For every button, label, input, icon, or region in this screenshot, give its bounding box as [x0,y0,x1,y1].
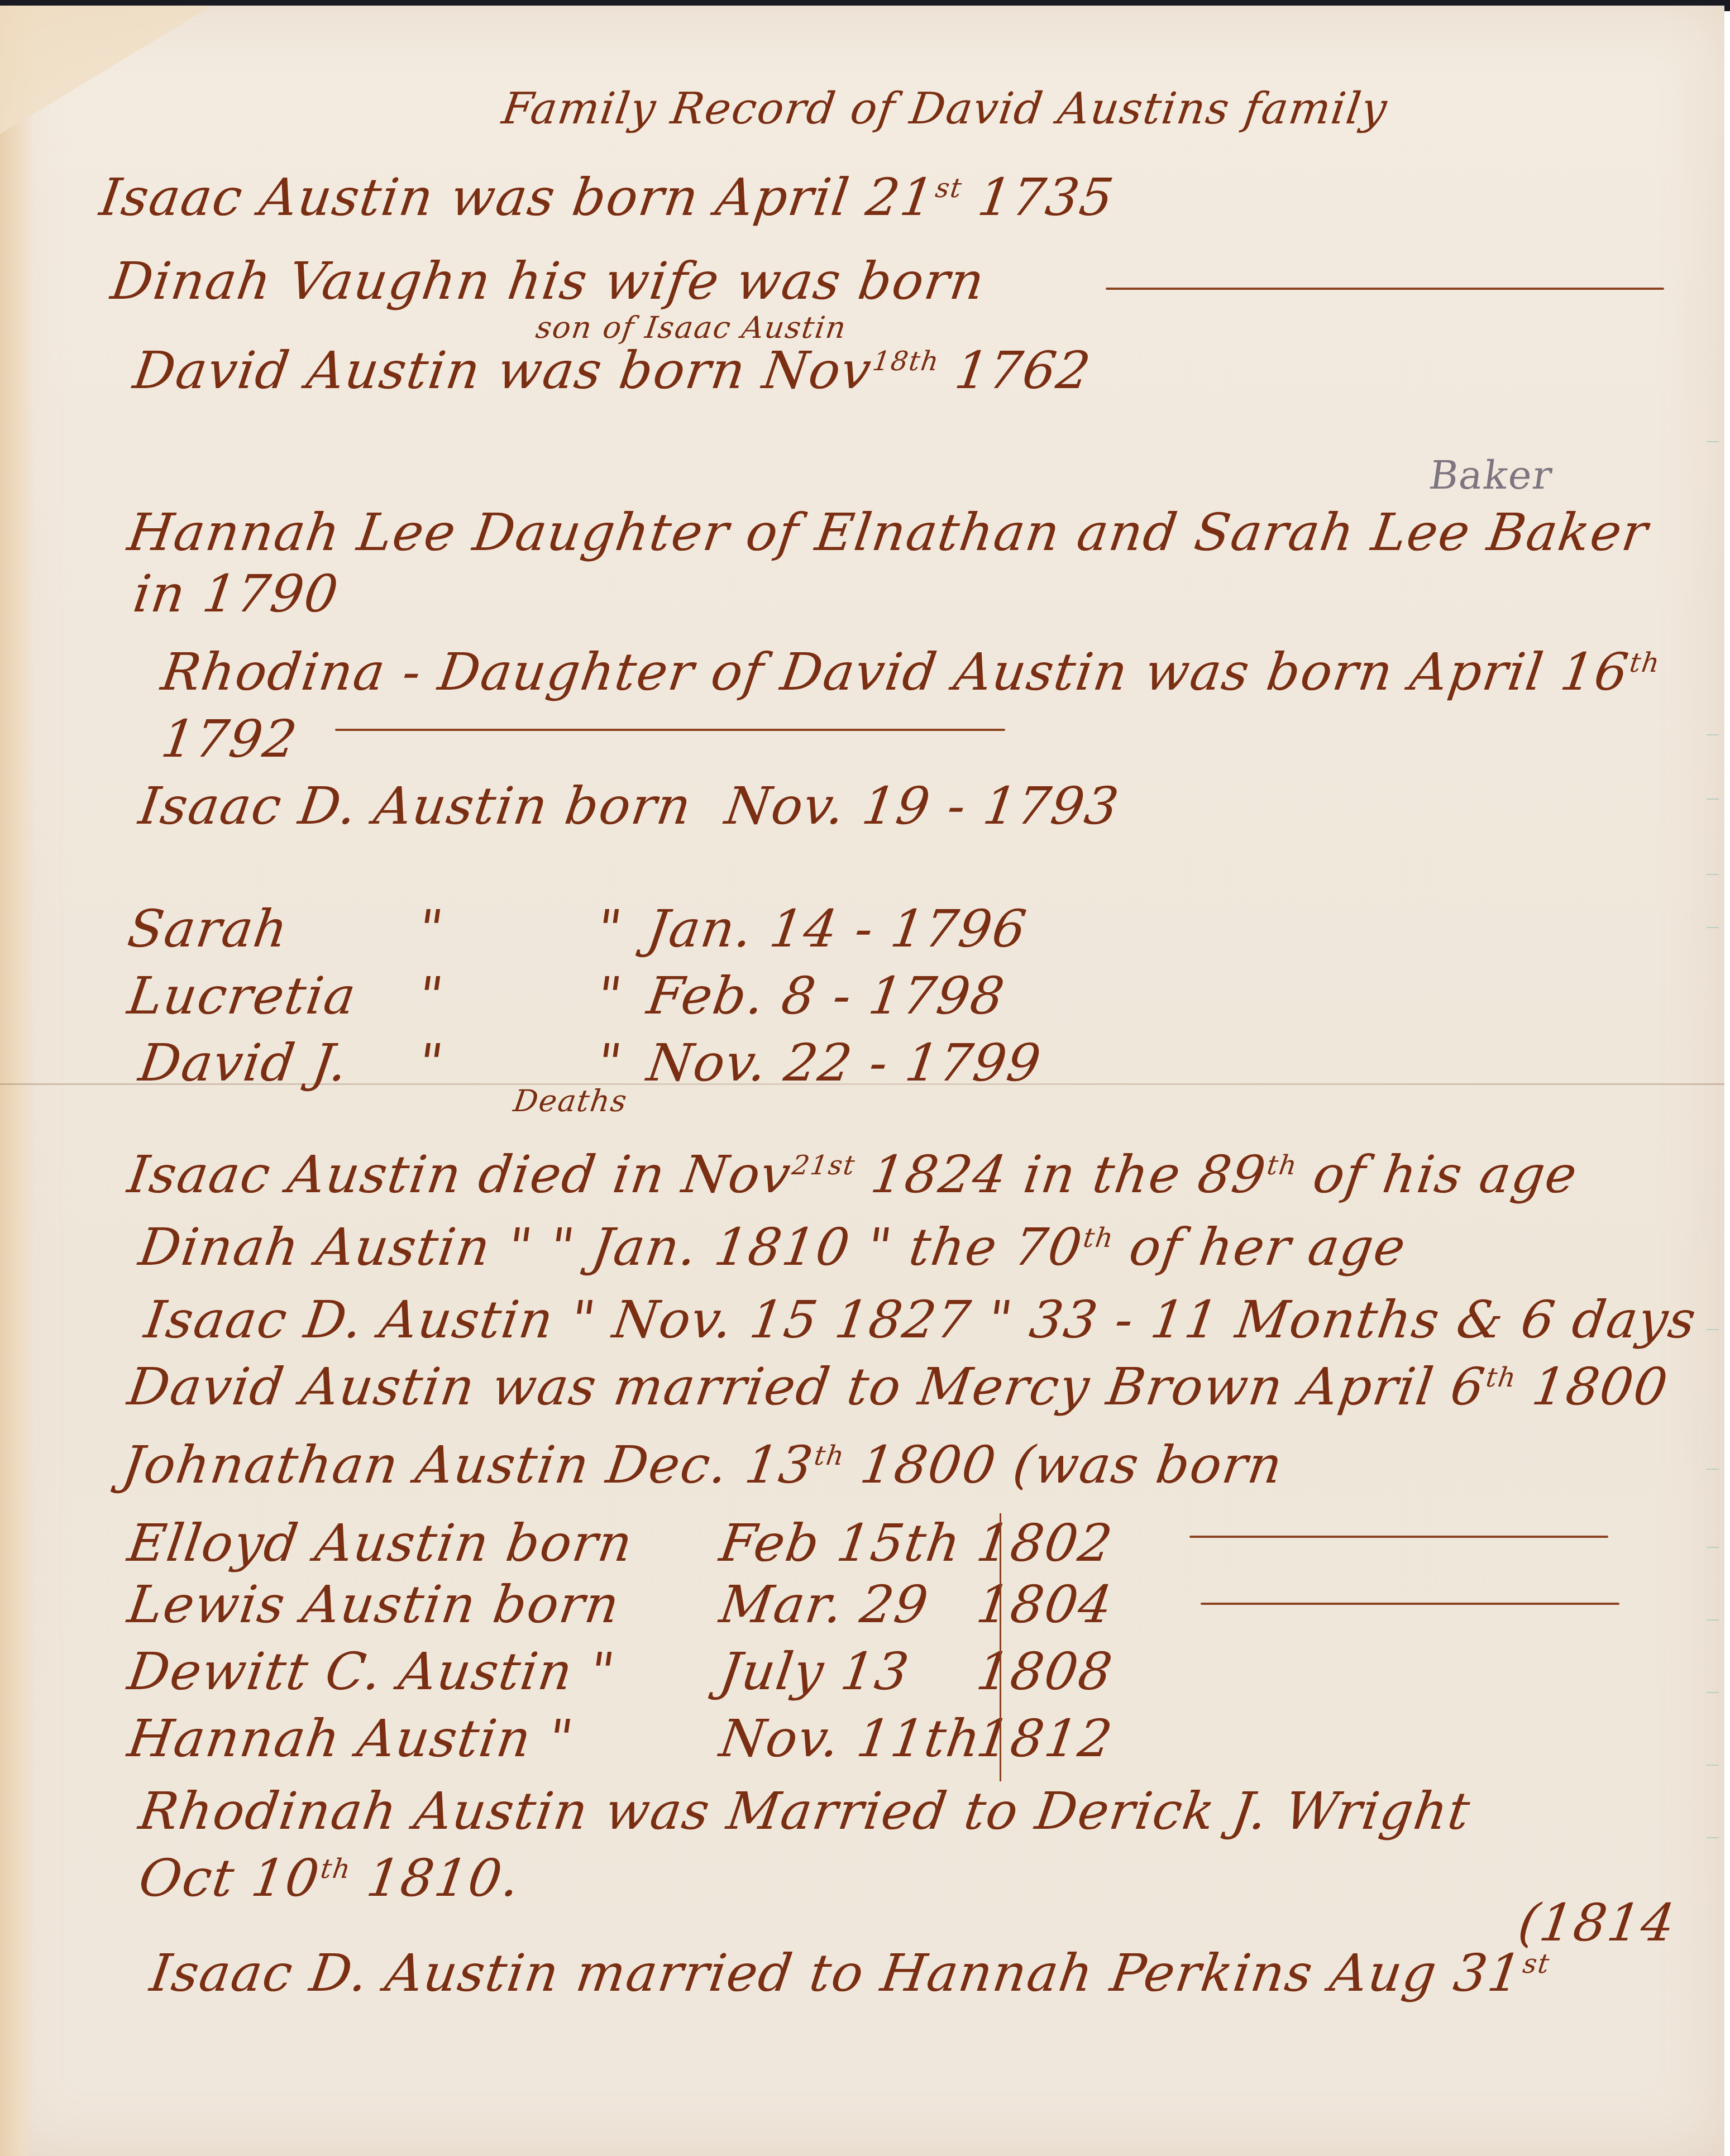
document-title: Family Record of David Austins family [499,84,1391,134]
ordinal-suffix: th [1484,1362,1519,1393]
record-text: of her age [1108,1217,1410,1277]
folded-corner [0,6,212,134]
child-birth-entry: Hannah Austin "Nov. 11th1812 [124,1709,1116,1768]
ordinal-suffix: th [1081,1222,1116,1254]
ruled-line-mark [1707,1837,1719,1838]
marriage-entry: David Austin was married to Mercy Brown … [124,1357,1672,1417]
grouping-brace [1000,1513,1001,1781]
ruled-line-mark [1707,1547,1719,1548]
child-birth-entry: Lucretia""Feb. 8 - 1798 [124,966,1009,1026]
birth-entry: Johnathan Austin Dec. 13th 1800 (was bor… [118,1435,1287,1495]
ditto-mark: " [593,966,652,1026]
blank-date-line [1106,288,1664,290]
record-text: Oct 10 [135,1848,323,1908]
ruled-line-mark [1707,874,1719,875]
child-birth-date: July 13 [716,1642,981,1701]
record-year: 1810. [346,1848,524,1908]
child-name: Lucretia [124,966,423,1026]
record-year: 1762 [934,341,1095,400]
ordinal-suffix: 18th [871,346,942,377]
marriage-entry: Rhodinah Austin was Married to Derick J.… [135,1781,1474,1841]
interlinear-annotation: son of Isaac Austin [534,310,849,345]
ordinal-suffix: 21st [790,1150,858,1181]
child-birth-year: 1812 [973,1709,1116,1768]
ordinal-suffix: st [933,173,964,204]
record-text: David Austin was born Nov [130,341,876,400]
death-entry: Dinah Austin " " Jan. 1810 " the 70th of… [135,1217,1409,1277]
child-name: David J. [135,1033,423,1093]
paper-edge-stain [0,6,34,2156]
child-birth-entry: Dewitt C. Austin "July 131808 [124,1642,1116,1701]
child-birth-date: Mar. 29 [716,1575,981,1634]
child-birth-year: 1802 [973,1513,1116,1573]
ruled-line-mark [1707,1619,1719,1620]
ruled-line-mark [1707,927,1719,928]
ordinal-suffix: th [1265,1150,1299,1181]
underline-stroke [335,729,1005,731]
record-year: 1800 [1511,1357,1672,1417]
record-line: Rhodina - Daughter of David Austin was b… [157,642,1663,702]
ruled-line-mark [1707,1765,1719,1766]
record-text: Isaac D. Austin married to Hannah Perkin… [146,1943,1526,2003]
record-text: of his age [1292,1145,1581,1204]
child-name: Elloyd Austin born [124,1513,724,1573]
child-birth-date: Nov. 19 - 1793 [721,776,1123,836]
ordinal-suffix: th [813,1440,847,1471]
child-name: Lewis Austin born [124,1575,724,1634]
record-text: 1800 (was born [839,1435,1287,1495]
child-birth-year: 1804 [973,1575,1116,1634]
child-birth-date: Nov. 22 - 1799 [643,1033,1045,1093]
child-birth-date: Jan. 14 - 1796 [643,899,1030,959]
section-heading-deaths: Deaths [512,1083,630,1118]
ruled-line-mark [1707,1692,1719,1693]
pencil-annotation: Baker [1426,452,1556,498]
record-line: Isaac Austin was born April 21st 1735 [96,168,1117,227]
ordinal-suffix: st [1521,1948,1552,1980]
child-birth-entry: Isaac D. Austin born Nov. 19 - 1793 [135,776,1123,836]
child-birth-entry: Sarah""Jan. 14 - 1796 [124,899,1030,959]
record-text: Isaac Austin was born April 21 [96,168,938,227]
blank-line-stroke [1189,1536,1608,1538]
ruled-line-mark [1707,441,1719,442]
document-page: Family Record of David Austins family Is… [0,6,1724,2156]
child-birth-entry: Lewis Austin bornMar. 291804 [124,1575,1116,1634]
child-name: Hannah Austin " [124,1709,724,1768]
child-birth-date: Nov. 11th [716,1709,981,1768]
record-line: 1792 [157,709,301,769]
record-text: David Austin was married to Mercy Brown … [124,1357,1489,1417]
record-text: Johnathan Austin Dec. 13 [118,1435,817,1495]
ordinal-suffix: th [319,1853,353,1885]
death-entry: Isaac Austin died in Nov21st 1824 in the… [124,1145,1581,1204]
record-line: Dinah Vaughn his wife was born [107,251,988,311]
child-birth-date: Feb 15th [716,1513,981,1573]
child-name: Dewitt C. Austin " [124,1642,724,1701]
ditto-mark: " [414,899,601,959]
ruled-line-mark [1707,799,1719,800]
ditto-mark: " [414,966,601,1026]
blank-line-stroke [1201,1603,1619,1605]
marriage-entry: Isaac D. Austin married to Hannah Perkin… [146,1943,1552,2003]
record-line: David Austin was born Nov18th 1762 [130,341,1095,400]
ordinal-suffix: th [1628,647,1662,678]
ruled-line-mark [1707,1469,1719,1470]
record-line: Hannah Lee Daughter of Elnathan and Sara… [124,503,1652,562]
child-birth-year: 1808 [973,1642,1116,1701]
record-text: Dinah Austin " " Jan. 1810 " the 70 [135,1217,1086,1277]
child-birth-entry: Elloyd Austin bornFeb 15th1802 [124,1513,1116,1573]
record-text: Isaac Austin died in Nov [124,1145,795,1204]
child-name: Sarah [124,899,423,959]
record-line: in 1790 [130,564,342,624]
record-year: 1735 [957,168,1118,227]
ruled-line-mark [1707,734,1719,735]
child-name: Isaac D. Austin born [135,776,695,836]
ruled-line-mark [1707,1329,1719,1330]
death-entry: Isaac D. Austin " Nov. 15 1827 " 33 - 11… [141,1290,1700,1350]
ditto-mark: " [593,899,652,959]
marriage-date: Oct 10th 1810. [135,1848,524,1908]
child-birth-date: Feb. 8 - 1798 [643,966,1009,1026]
record-text: Rhodina - Daughter of David Austin was b… [157,642,1632,702]
record-text: 1824 in the 89 [850,1145,1270,1204]
